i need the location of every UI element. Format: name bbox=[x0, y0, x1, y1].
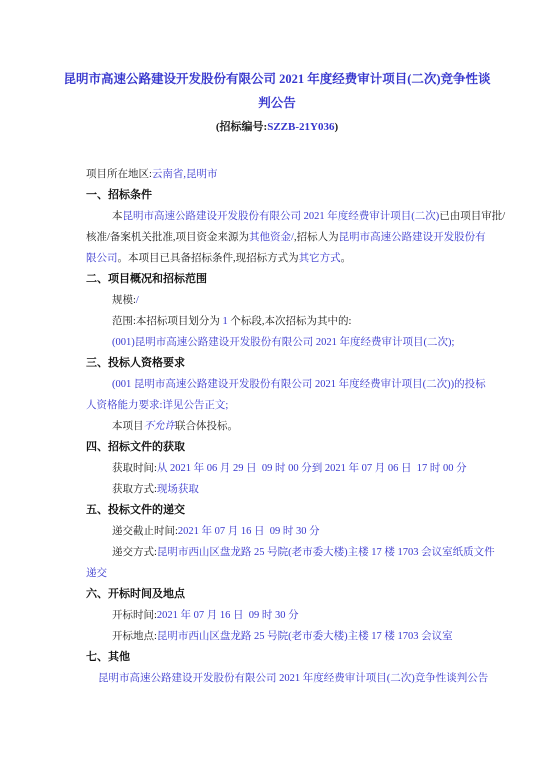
document-title: 昆明市高速公路建设开发股份有限公司 2021 年度经费审计项目(二次)竞争性谈 … bbox=[40, 67, 514, 115]
obtain-method-value: 现场获取 bbox=[157, 484, 199, 495]
section-heading-6: 六、开标时间及地点 bbox=[86, 584, 486, 605]
range-line: 范围:本招标项目划分为 1 个标段,本次招标为其中的: bbox=[86, 311, 486, 332]
open-time-label: 开标时间: bbox=[112, 610, 157, 621]
submit-deadline-value: 2021 年 07 月 16 日 09 时 30 分 bbox=[178, 526, 320, 537]
project-location-value: 云南省,昆明市 bbox=[152, 169, 218, 180]
tender-number-value: SZZB-21Y036 bbox=[267, 121, 334, 133]
submit-method-line1: 递交方式:昆明市西山区盘龙路 25 号院(老市委大楼)主楼 17 楼 1703 … bbox=[86, 542, 486, 563]
submit-method-label: 递交方式: bbox=[112, 547, 157, 558]
tenderee-name: 昆明市高速公路建设开发股份有 bbox=[339, 232, 486, 243]
submit-method-line2: 递交 bbox=[86, 563, 486, 584]
project-location-line: 项目所在地区:云南省,昆明市 bbox=[86, 164, 486, 185]
tender-number-close: ) bbox=[334, 121, 338, 133]
section-heading-5: 五、投标文件的递交 bbox=[86, 500, 486, 521]
section-heading-4: 四、招标文件的获取 bbox=[86, 437, 486, 458]
section-heading-3: 三、投标人资格要求 bbox=[86, 353, 486, 374]
tender-method-value: 其它方式 bbox=[299, 253, 341, 264]
submit-deadline-label: 递交截止时间: bbox=[112, 526, 178, 537]
project-name-link: 昆明市高速公路建设开发股份有限公司 2021 年度经费审计项目(二次) bbox=[123, 211, 440, 222]
obtain-time-label: 获取时间: bbox=[112, 463, 157, 474]
section-heading-1: 一、招标条件 bbox=[86, 185, 486, 206]
jv-not-allowed-value: 不允许 bbox=[144, 421, 176, 432]
section1-paragraph-line2: 核准/备案机关批准,项目资金来源为其他资金/,招标人为昆明市高速公路建设开发股份… bbox=[86, 227, 486, 248]
announcement-link: 昆明市高速公路建设开发股份有限公司 2021 年度经费审计项目(二次)竞争性谈判… bbox=[98, 673, 488, 684]
tender-number-label: (招标编号: bbox=[216, 121, 267, 133]
open-place-value: 昆明市西山区盘龙路 25 号院(老市委大楼)主楼 17 楼 1703 会议室 bbox=[157, 631, 453, 642]
section1-paragraph-line1: 本昆明市高速公路建设开发股份有限公司 2021 年度经费审计项目(二次)已由项目… bbox=[86, 206, 486, 227]
open-time-value: 2021 年 07 月 16 日 09 时 30 分 bbox=[157, 610, 299, 621]
joint-venture-line: 本项目不允许联合体投标。 bbox=[86, 416, 486, 437]
submit-deadline-line: 递交截止时间:2021 年 07 月 16 日 09 时 30 分 bbox=[86, 521, 486, 542]
obtain-method-label: 获取方式: bbox=[112, 484, 157, 495]
open-place-label: 开标地点: bbox=[112, 631, 157, 642]
document-body: 项目所在地区:云南省,昆明市 一、招标条件 本昆明市高速公路建设开发股份有限公司… bbox=[86, 164, 486, 689]
scale-label: 规模: bbox=[112, 295, 136, 306]
tender-number-line: (招标编号:SZZB-21Y036) bbox=[0, 115, 554, 139]
lot-001-line: (001)昆明市高速公路建设开发股份有限公司 2021 年度经费审计项目(二次)… bbox=[86, 332, 486, 353]
document-title-line2: 判公告 bbox=[40, 91, 514, 115]
scale-line: 规模:/ bbox=[86, 290, 486, 311]
other-announcement-line: 昆明市高速公路建设开发股份有限公司 2021 年度经费审计项目(二次)竞争性谈判… bbox=[86, 668, 486, 689]
qualification-line2: 人资格能力要求:详见公告正文; bbox=[86, 395, 486, 416]
section-heading-7: 七、其他 bbox=[86, 647, 486, 668]
section1-paragraph-line3: 限公司。本项目已具备招标条件,现招标方式为其它方式。 bbox=[86, 248, 486, 269]
scale-value: / bbox=[136, 295, 139, 306]
obtain-time-value: 从 2021 年 06 月 29 日 09 时 00 分到 2021 年 07 … bbox=[157, 463, 467, 474]
open-time-line: 开标时间:2021 年 07 月 16 日 09 时 30 分 bbox=[86, 605, 486, 626]
project-location-label: 项目所在地区: bbox=[86, 169, 152, 180]
fund-source-value: 其他资金/ bbox=[249, 232, 294, 243]
obtain-method-line: 获取方式:现场获取 bbox=[86, 479, 486, 500]
document-page: 昆明市高速公路建设开发股份有限公司 2021 年度经费审计项目(二次)竞争性谈 … bbox=[0, 0, 554, 783]
document-title-line1: 昆明市高速公路建设开发股份有限公司 2021 年度经费审计项目(二次)竞争性谈 bbox=[40, 67, 514, 91]
section-heading-2: 二、项目概况和招标范围 bbox=[86, 269, 486, 290]
open-place-line: 开标地点:昆明市西山区盘龙路 25 号院(老市委大楼)主楼 17 楼 1703 … bbox=[86, 626, 486, 647]
obtain-time-line: 获取时间:从 2021 年 06 月 29 日 09 时 00 分到 2021 … bbox=[86, 458, 486, 479]
lot-001-name: (001)昆明市高速公路建设开发股份有限公司 2021 年度经费审计项目(二次)… bbox=[112, 337, 454, 348]
qualification-line1: (001 昆明市高速公路建设开发股份有限公司 2021 年度经费审计项目(二次)… bbox=[86, 374, 486, 395]
submit-method-value: 昆明市西山区盘龙路 25 号院(老市委大楼)主楼 17 楼 1703 会议室纸质… bbox=[157, 547, 495, 558]
